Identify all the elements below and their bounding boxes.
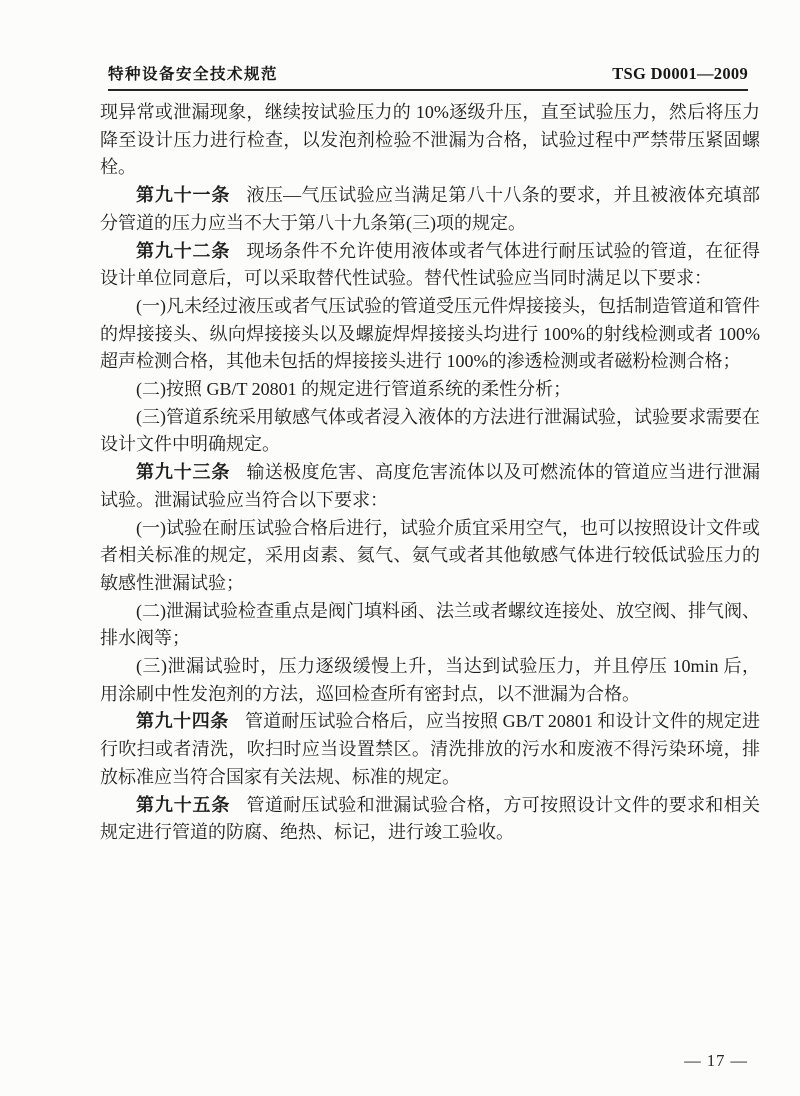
article-paragraph: 第九十五条管道耐压试验和泄漏试验合格，方可按照设计文件的要求和相关规定进行管道的… — [100, 792, 760, 847]
body-paragraph: (二)泄漏试验检查重点是阀门填料函、法兰或者螺纹连接处、放空阀、排气阀、排水阀等… — [100, 598, 760, 653]
document-body: 现异常或泄漏现象，继续按试验压力的 10%逐级升压，直至试验压力，然后将压力降至… — [100, 99, 760, 847]
article-number: 第九十一条 — [136, 185, 230, 205]
article-paragraph: 第九十二条现场条件不允许使用液体或者气体进行耐压试验的管道，在征得设计单位同意后… — [100, 238, 760, 293]
body-paragraph: (二)按照 GB/T 20801 的规定进行管道系统的柔性分析； — [100, 376, 760, 404]
header-left-title: 特种设备安全技术规范 — [108, 62, 278, 84]
article-paragraph: 第九十一条液压—气压试验应当满足第八十八条的要求，并且被液体充填部分管道的压力应… — [100, 182, 760, 237]
page-header: 特种设备安全技术规范 TSG D0001—2009 — [108, 62, 748, 91]
page-footer: — 17 — — [684, 1051, 748, 1071]
body-paragraph: 现异常或泄漏现象，继续按试验压力的 10%逐级升压，直至试验压力，然后将压力降至… — [100, 99, 760, 182]
body-paragraph: (一)试验在耐压试验合格后进行，试验介质宜采用空气，也可以按照设计文件或者相关标… — [100, 515, 760, 598]
body-paragraph: (三)管道系统采用敏感气体或者浸入液体的方法进行泄漏试验，试验要求需要在设计文件… — [100, 404, 760, 459]
article-paragraph: 第九十三条输送极度危害、高度危害流体以及可燃流体的管道应当进行泄漏试验。泄漏试验… — [100, 459, 760, 514]
article-number: 第九十四条 — [136, 711, 229, 731]
document-page: 特种设备安全技术规范 TSG D0001—2009 现异常或泄漏现象，继续按试验… — [0, 0, 800, 1096]
article-number: 第九十五条 — [136, 795, 230, 815]
article-paragraph: 第九十四条管道耐压试验合格后，应当按照 GB/T 20801 和设计文件的规定进… — [100, 708, 760, 791]
article-number: 第九十三条 — [136, 462, 230, 482]
header-right-code: TSG D0001—2009 — [612, 64, 748, 84]
article-number: 第九十二条 — [136, 241, 230, 261]
body-paragraph: (一)凡未经过液压或者气压试验的管道受压元件焊接接头，包括制造管道和管件的焊接接… — [100, 293, 760, 376]
body-paragraph: (三)泄漏试验时，压力逐级缓慢上升，当达到试验压力，并且停压 10min 后，用… — [100, 653, 760, 708]
page-number: — 17 — — [684, 1051, 748, 1070]
